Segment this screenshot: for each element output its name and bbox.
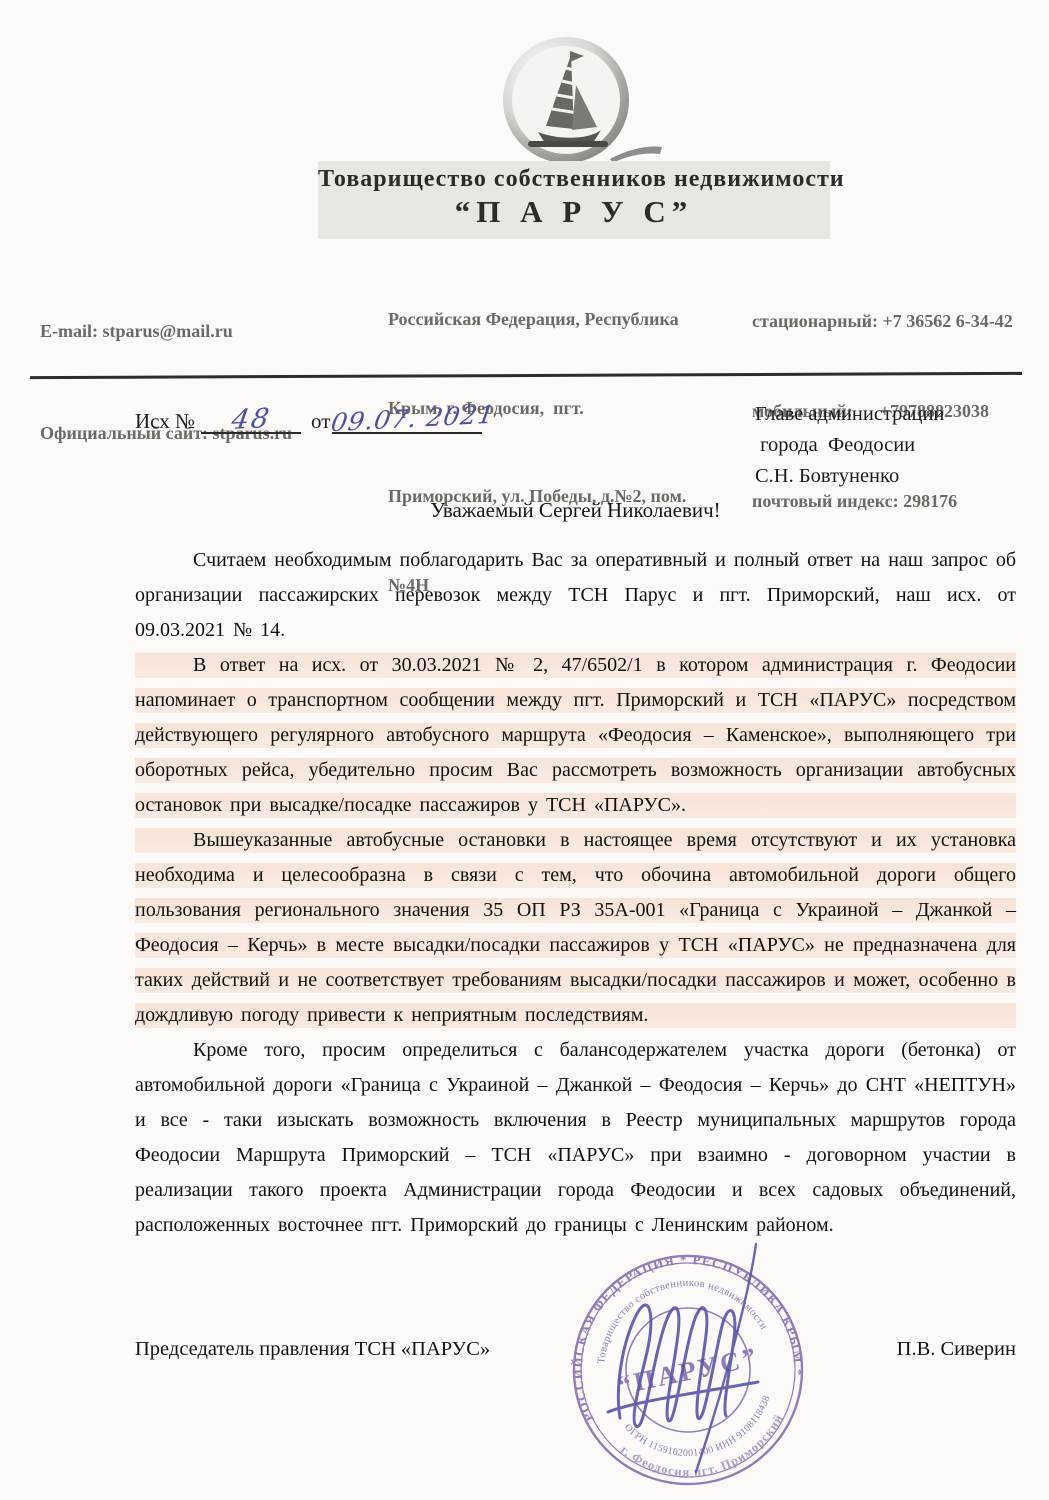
address-line: Российская Федерация, Республика <box>388 305 686 335</box>
org-logo <box>500 33 710 173</box>
addressee-line: города Феодосии <box>755 430 944 461</box>
addressee-block: Главе администрации города Феодосии С.Н.… <box>755 399 944 492</box>
official-stamp: РОССИЙСКАЯ ФЕДЕРАЦИЯ * РЕСПУБЛИКА КРЫМ *… <box>558 1240 818 1500</box>
addressee-line: Главе администрации <box>755 399 944 430</box>
ref-from-label: от <box>311 409 330 433</box>
outgoing-reference: Исх №48от09.07. 2021 <box>135 402 482 434</box>
body-paragraph-3-highlighted: Вышеуказанные автобусные остановки в нас… <box>135 823 1016 1033</box>
signatory-position: Председатель правления ТСН «ПАРУС» <box>135 1338 490 1361</box>
salutation: Уважаемый Сергей Николаевич! <box>135 498 1016 523</box>
sailboat-icon <box>500 33 710 173</box>
email-line: E-mail: stparus@mail.ru <box>40 314 292 348</box>
stamp-outer-top-text: РОССИЙСКАЯ ФЕДЕРАЦИЯ * РЕСПУБЛИКА КРЫМ * <box>558 1240 810 1425</box>
body-paragraph-1: Считаем необходимым поблагодарить Вас за… <box>135 543 1016 648</box>
ref-date-blank: 09.07. 2021 <box>332 402 482 434</box>
body-paragraph-4: Кроме того, просим определиться с баланс… <box>135 1033 1016 1243</box>
scanned-letter-page: Товарищество собственников недвижимости … <box>0 0 1049 1500</box>
signatory-name: П.В. Сиверин <box>897 1338 1016 1361</box>
body-paragraph-2-highlighted: В ответ на исх. от 30.03.2021 № 2, 47/65… <box>135 648 1016 823</box>
addressee-line: С.Н. Бовтуненко <box>755 461 944 492</box>
round-stamp-icon: РОССИЙСКАЯ ФЕДЕРАЦИЯ * РЕСПУБЛИКА КРЫМ *… <box>558 1240 818 1500</box>
contact-left-column: E-mail: stparus@mail.ru Официальный сайт… <box>40 246 292 518</box>
org-name-line2: “П А Р У С” <box>318 194 830 230</box>
ref-number-blank: 48 <box>201 402 301 434</box>
ref-number-handwritten: 48 <box>229 403 273 436</box>
landline-phone: стационарный: +7 36562 6-34-42 <box>752 306 1013 336</box>
org-name-line1: Товарищество собственников недвижимости <box>318 166 830 193</box>
letter-body: Уважаемый Сергей Николаевич! Считаем нео… <box>135 498 1016 1243</box>
ref-prefix: Исх № <box>135 409 195 433</box>
svg-text:РОССИЙСКАЯ ФЕДЕРАЦИЯ * РЕСПУБЛ: РОССИЙСКАЯ ФЕДЕРАЦИЯ * РЕСПУБЛИКА КРЫМ * <box>558 1240 810 1425</box>
org-title-banner: Товарищество собственников недвижимости … <box>318 161 830 239</box>
ref-date-handwritten: 09.07. 2021 <box>329 400 497 437</box>
